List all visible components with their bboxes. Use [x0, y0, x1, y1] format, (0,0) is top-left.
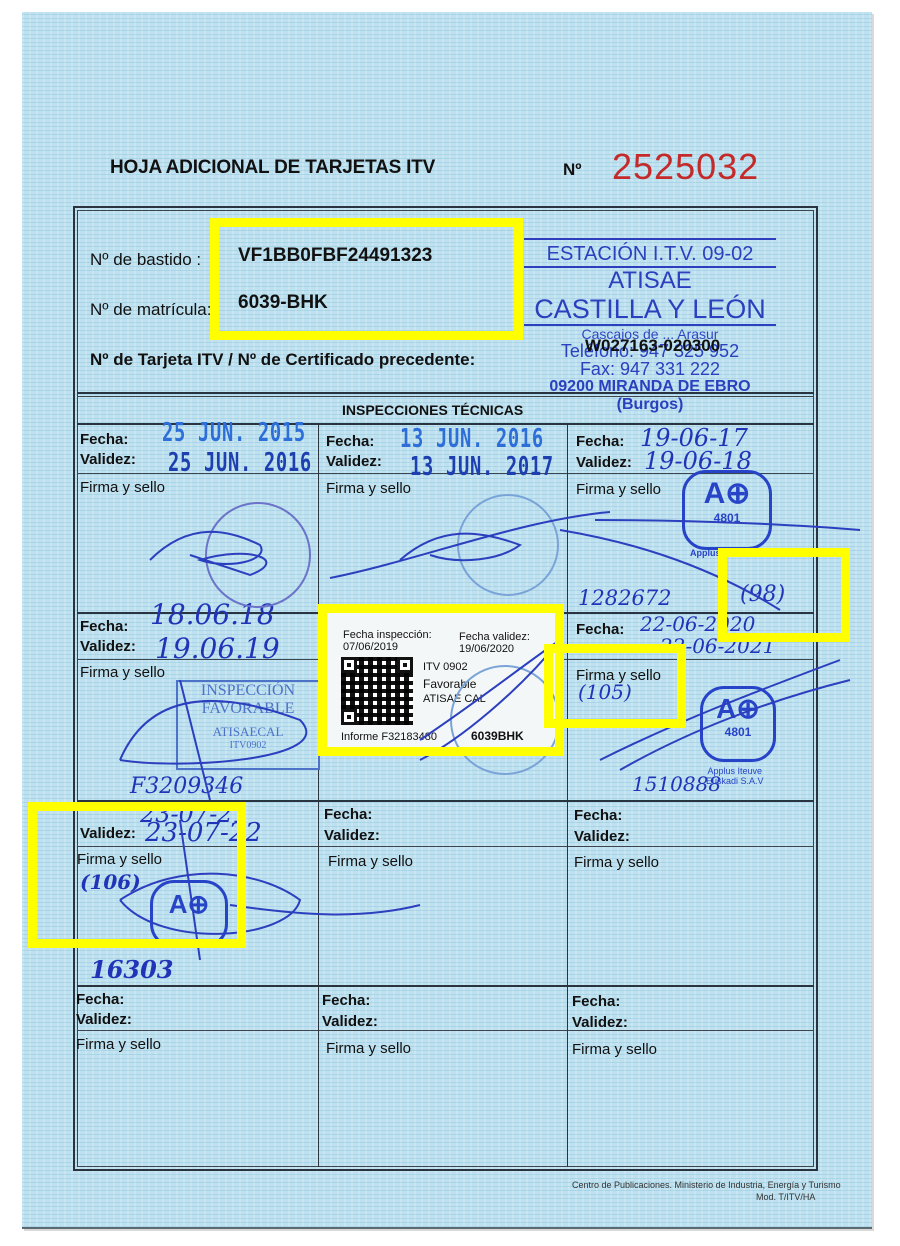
inspection-2-validez: 13 JUN. 2017	[410, 452, 554, 482]
tarjeta-label: Nº de Tarjeta ITV / Nº de Certificado pr…	[90, 350, 475, 370]
fecha-label: Fecha:	[326, 432, 374, 452]
firma-label: Firma y sello	[80, 664, 165, 681]
inspection-3-note: 1282672	[578, 586, 672, 610]
inspection-sticker: Fecha inspección: 07/06/2019 Fecha valid…	[318, 612, 560, 754]
station-stamp-line: ESTACIÓN I.T.V. 09-02	[520, 240, 780, 266]
firma-label: Firma y sello	[326, 480, 411, 497]
favorable-stamp-line: FAVORABLE	[178, 700, 318, 718]
applus-number: 4801	[703, 725, 773, 739]
column-divider	[567, 423, 568, 1167]
validez-label: Validez:	[326, 452, 382, 472]
fecha-label: Fecha:	[80, 617, 128, 637]
firma-label: Firma y sello	[574, 854, 659, 871]
applus-logo-icon: A⊕	[153, 889, 225, 919]
applus-stamp-text: Applus Iteuve	[690, 548, 749, 558]
sticker-operator: ATISAE CAL	[423, 693, 486, 705]
applus-logo-icon: A⊕	[703, 693, 773, 725]
inspection-4-note: F3209346	[130, 774, 243, 799]
certificate-number: W027163-020300	[585, 336, 720, 356]
bastidor-label: Nº de bastido :	[90, 250, 201, 270]
divider	[77, 985, 814, 987]
inspection-6-annotation: (105)	[578, 680, 632, 704]
fecha-label: Fecha:	[324, 805, 372, 825]
favorable-stamp-line: ITV0902	[178, 740, 318, 752]
column-divider	[318, 423, 319, 1167]
sticker-fecha-validez: 19/06/2020	[459, 643, 514, 655]
validez-label: Validez:	[324, 826, 380, 846]
inspection-3-annotation: (98)	[740, 582, 785, 607]
fecha-label: Fecha:	[80, 430, 128, 450]
sticker-result: Favorable	[423, 677, 476, 691]
validez-label: Validez:	[76, 1010, 132, 1030]
validez-label: Validez:	[80, 824, 136, 844]
firma-label: Firma y sello	[576, 481, 661, 498]
footer-model: Mod. T/ITV/HA	[756, 1192, 815, 1202]
validez-label: Validez:	[322, 1012, 378, 1032]
firma-label: Firma y sello	[77, 851, 162, 868]
bastidor-value: VF1BB0FBF24491323	[238, 245, 432, 267]
fecha-label: Fecha:	[576, 432, 624, 452]
document-title: HOJA ADICIONAL DE TARJETAS ITV	[110, 157, 435, 179]
sticker-informe: Informe F32183480	[341, 731, 437, 743]
inspection-7-note: 16303	[90, 955, 174, 984]
inspection-6-validez: 22-06-2021	[660, 634, 775, 658]
applus-stamp: A⊕ 4801	[682, 470, 772, 550]
fecha-label: Fecha:	[322, 991, 370, 1011]
inspection-4-validez: 19.06.19	[155, 632, 280, 665]
sticker-fecha-inspeccion-label: Fecha inspección:	[343, 629, 432, 641]
validez-label: Validez:	[80, 450, 136, 470]
station-stamp-line: CASTILLA Y LEÓN	[520, 294, 780, 324]
footer-publisher: Centro de Publicaciones. Ministerio de I…	[572, 1180, 841, 1190]
favorable-stamp: INSPECCIÓN FAVORABLE ATISAECAL ITV0902	[176, 680, 320, 770]
station-stamp-line: ATISAE	[520, 268, 780, 294]
applus-stamp: A⊕	[150, 880, 228, 948]
sticker-fecha-inspeccion: 07/06/2019	[343, 641, 398, 653]
divider	[77, 1030, 814, 1031]
validez-label: Validez:	[574, 827, 630, 847]
matricula-value: 6039-BHK	[238, 292, 328, 314]
inspection-7-validez: 23-07-22	[145, 818, 262, 848]
station-stamp-line: Fax: 947 331 222	[520, 360, 780, 378]
fecha-label: Fecha:	[574, 806, 622, 826]
sticker-plate: 6039BHK	[471, 729, 524, 743]
validez-label: Validez:	[80, 637, 136, 657]
section-title: INSPECCIONES TÉCNICAS	[342, 402, 523, 418]
fecha-label: Fecha:	[576, 620, 624, 640]
station-stamp-line: 09200 MIRANDA DE EBRO (Burgos)	[520, 378, 780, 414]
inspection-6-fecha: 22-06-2020	[640, 612, 755, 636]
applus-logo-icon: A⊕	[685, 477, 769, 511]
inspection-7-annotation: (106)	[80, 870, 141, 894]
validez-label: Validez:	[572, 1013, 628, 1033]
matricula-label: Nº de matrícula:	[90, 300, 211, 320]
inspection-2-fecha: 13 JUN. 2016	[400, 424, 544, 454]
inspection-1-fecha: 25 JUN. 2015	[162, 418, 306, 448]
firma-label: Firma y sello	[76, 1036, 161, 1053]
applus-line: Applus Iteuve	[706, 766, 764, 776]
firma-label: Firma y sello	[326, 1040, 411, 1057]
favorable-stamp-line: INSPECCIÓN	[178, 682, 318, 700]
inspection-1-validez: 25 JUN. 2016	[168, 448, 312, 478]
firma-label: Firma y sello	[80, 479, 165, 496]
favorable-stamp-line: ATISAECAL	[178, 724, 318, 740]
validez-label: Validez:	[576, 453, 632, 473]
inspection-4-fecha: 18.06.18	[150, 598, 275, 631]
serial-number: 2525032	[612, 146, 759, 188]
fecha-label: Fecha:	[572, 992, 620, 1012]
fecha-label: Fecha:	[76, 990, 124, 1010]
station-stamp: ESTACIÓN I.T.V. 09-02 ATISAE CASTILLA Y …	[520, 238, 780, 414]
sticker-fecha-validez-label: Fecha validez:	[459, 631, 530, 643]
applus-number: 4801	[685, 511, 769, 525]
number-label: Nº	[563, 160, 582, 180]
qr-code-icon	[341, 657, 413, 725]
firma-label: Firma y sello	[328, 853, 413, 870]
sticker-station: ITV 0902	[423, 661, 468, 673]
applus-stamp: A⊕ 4801	[700, 686, 776, 762]
applus-line: Euskadi S.A.V	[706, 776, 764, 786]
applus-stamp-text: Applus Iteuve Euskadi S.A.V	[706, 766, 764, 786]
firma-label: Firma y sello	[572, 1041, 657, 1058]
